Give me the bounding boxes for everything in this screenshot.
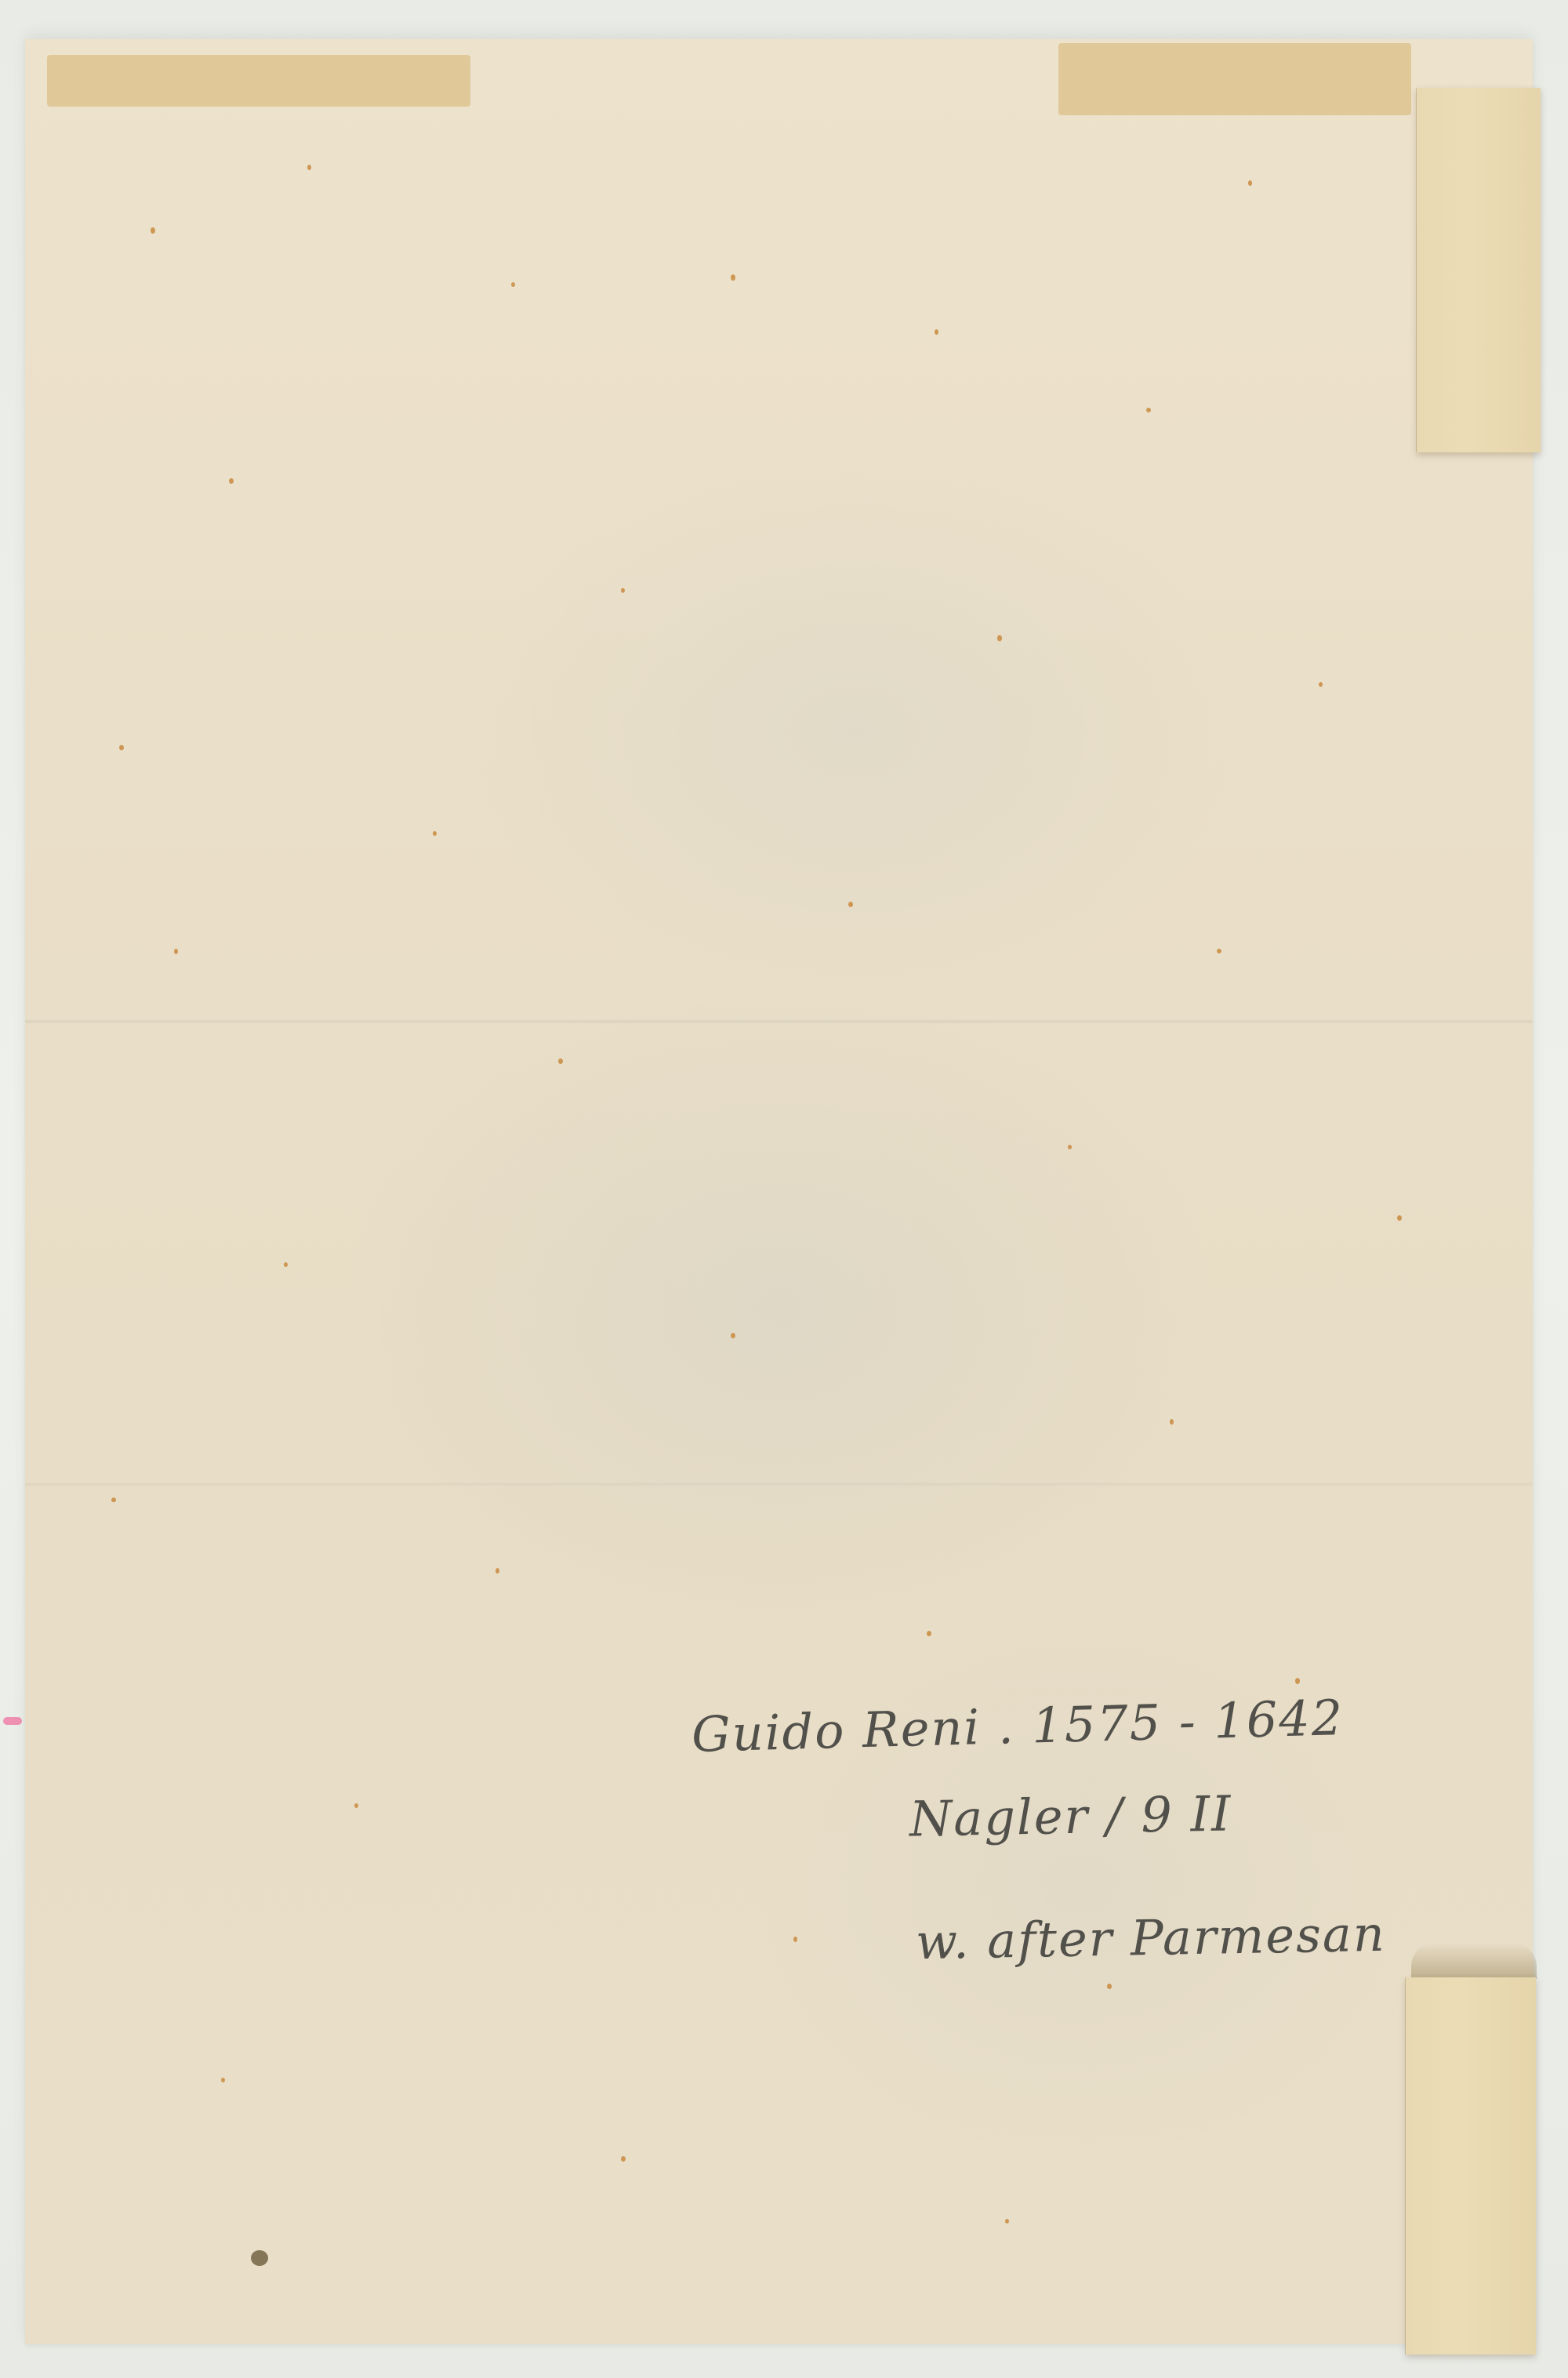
foxing-spot	[1295, 1678, 1300, 1684]
foxing-spot	[495, 1568, 499, 1574]
tape-stain-top-right	[1058, 43, 1411, 115]
foxing-spot	[221, 2078, 225, 2082]
foxing-spot	[1397, 1215, 1402, 1221]
foxing-spot	[927, 1631, 931, 1636]
foxing-spot	[511, 282, 515, 287]
tape-stain-top-left	[47, 55, 470, 107]
foxing-spot	[151, 227, 155, 234]
foxing-spot	[731, 1333, 735, 1338]
foxing-spot	[1319, 682, 1323, 687]
foxing-spot	[174, 949, 178, 954]
foxing-spot	[1107, 1984, 1112, 1989]
foxing-spot	[1248, 180, 1252, 186]
inscription-catalogue-reference: Nagler / 9 II	[909, 1784, 1232, 1847]
foxing-spot	[621, 588, 625, 593]
hinge-tape-top	[1417, 88, 1541, 452]
tape-shadow	[1411, 1943, 1537, 1979]
inscription-attribution-note: w. after Parmesan	[915, 1905, 1386, 1970]
foxing-spot	[119, 745, 124, 750]
foxing-spot	[1146, 408, 1151, 412]
foxing-spot	[229, 478, 234, 484]
foxing-spot	[731, 274, 735, 281]
collector-mark-dot	[251, 2250, 268, 2266]
foxing-spot	[354, 1803, 358, 1808]
paper-sheet	[25, 39, 1533, 2344]
foxing-spot	[1005, 2219, 1009, 2224]
hinge-tape-bottom	[1406, 1977, 1536, 2354]
foxing-spot	[1068, 1145, 1072, 1149]
foxing-spot	[848, 902, 853, 907]
foxing-spot	[558, 1058, 563, 1064]
foxing-spot	[1217, 949, 1221, 953]
paper-crease	[25, 1482, 1533, 1487]
paper-crease	[25, 1019, 1533, 1024]
foxing-spot	[111, 1498, 116, 1502]
foxing-spot	[997, 635, 1002, 641]
foxing-spot	[935, 329, 938, 335]
foxing-spot	[284, 1262, 288, 1267]
pink-marker-mark	[3, 1717, 22, 1725]
foxing-spot	[433, 831, 437, 836]
foxing-spot	[621, 2156, 626, 2162]
foxing-spot	[793, 1937, 797, 1942]
foxing-spot	[307, 165, 311, 170]
foxing-spot	[1170, 1419, 1174, 1425]
